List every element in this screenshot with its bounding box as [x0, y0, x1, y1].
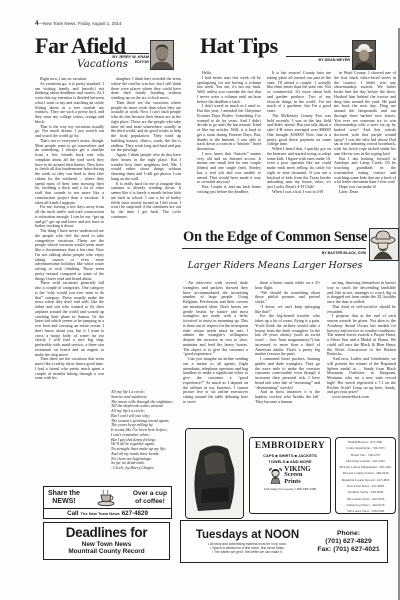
embroidery-ad: EMBROIDERY CAPS ■ SHIRTS ■ JACKETS TOWEL…: [249, 437, 331, 514]
kram-photo-image: [151, 41, 173, 69]
embroidery-line1: CAPS ■ SHIRTS ■ JACKETS: [250, 453, 330, 458]
hat-tips-byline: BY DEAN MEYER: [270, 58, 350, 63]
issue-line: —New Town News, Friday, August 1, 2014: [39, 21, 122, 26]
coffee-ad-right-text: Over a cup of coffee!: [133, 490, 167, 504]
hat-tips-column-1: Hello,I had better start this week off b…: [197, 71, 261, 228]
hat-tips-title: Hat Tips: [200, 33, 278, 59]
common-sense-column-1: An interview with several dude wranglers…: [183, 281, 248, 431]
coffee-cup-icon: [96, 489, 116, 507]
coffee-call-phone: 627-4829: [122, 510, 148, 517]
common-sense-byline: BY BAXTER BLACK, DVM: [238, 251, 366, 256]
tuesdays-ad: Tuesdays at NOON • All story and adverti…: [180, 520, 388, 563]
viking-mascot-icon: [269, 467, 282, 484]
coffee-call-name: The New Town News: [80, 511, 119, 516]
coffee-ad-left-text: Share the NEWS!: [48, 490, 80, 505]
far-afield-column-2: daughter. I think they avoided the areas…: [111, 77, 181, 389]
hat-tips-byline-rule: [286, 56, 350, 57]
tuesdays-fax: Fax: (701) 627-4021: [310, 546, 387, 554]
meyer-photo: [352, 40, 376, 70]
embroidery-title: EMBROIDERY: [250, 441, 330, 451]
newspapers-list: Beulah Beacon - 873-4381Center Republica…: [335, 437, 396, 514]
coffee-ad: Share the NEWS! Over a cup of coffee! Ca…: [43, 486, 172, 519]
far-afield-poem: All my life's a circle;Sunrise and sundo…: [111, 390, 181, 478]
tuesdays-bullets: • All story and advertising material mus…: [185, 542, 310, 555]
far-afield-byline-rule: [100, 53, 149, 54]
tuesdays-contact: Phone: (701) 627-4829 Fax: (701) 627-402…: [310, 530, 387, 554]
kram-photo: [150, 40, 174, 70]
embroidery-call-line: Call today for a quote 1-800-658-3485: [250, 487, 330, 491]
hat-tips-column-3: in Ward County. I showed one of the firs…: [334, 71, 396, 228]
deadlines-line1: New Town News: [44, 541, 169, 548]
tuesdays-title: Tuesdays at NOON: [185, 529, 310, 541]
coffee-left-line1: Share the: [48, 490, 80, 498]
common-sense-rule: [182, 248, 366, 249]
far-afield-column-1: Right now, I am on vacation.As vacations…: [35, 77, 104, 482]
far-afield-subtitle: Vacations: [55, 58, 150, 70]
common-sense-title: On the Edge of Common Sense: [183, 229, 367, 246]
tuesdays-phone-label: Phone:: [310, 530, 387, 538]
photo-ad-image: [186, 429, 243, 518]
deadlines-ad: Deadlines for New Town News Mountrail Co…: [43, 522, 170, 560]
meyer-photo-image: [353, 41, 375, 69]
deadlines-title: Deadlines for: [44, 525, 169, 540]
page-header: 4—New Town News, Friday, August 1, 2014: [35, 20, 121, 27]
coffee-right-line1: Over a cup: [133, 490, 167, 497]
common-sense-subtitle: Larger Riders Means Larger Horses: [182, 260, 368, 271]
coffee-right-line2: of coffee!: [133, 498, 167, 505]
tuesdays-phone: (701) 627-4829: [310, 538, 387, 546]
baxter-black-image: [370, 229, 398, 260]
baxter-black-graphic: [369, 228, 399, 261]
viking-brand-3: Prints: [284, 479, 310, 485]
coffee-left-line2: NEWS!: [48, 498, 80, 506]
photo-ad: [185, 428, 244, 519]
newspaper-page: 4—New Town News, Friday, August 1, 2014 …: [0, 0, 400, 600]
embroidery-line2: TOWELS ■ AND MORE: [250, 459, 330, 464]
hat-tips-column-2: It is fair season! County fairs are taki…: [267, 71, 331, 228]
common-sense-column-2: them a better snack while on a 3½ hour f…: [255, 281, 320, 431]
common-sense-column-3: air bag, throwing themselves in harm's w…: [327, 281, 396, 431]
deadlines-line2: Mountrail County Record: [44, 548, 169, 555]
coffee-ad-call-row: Call The New Town News 627-4829: [44, 508, 171, 518]
coffee-call-word: Call: [67, 510, 78, 517]
